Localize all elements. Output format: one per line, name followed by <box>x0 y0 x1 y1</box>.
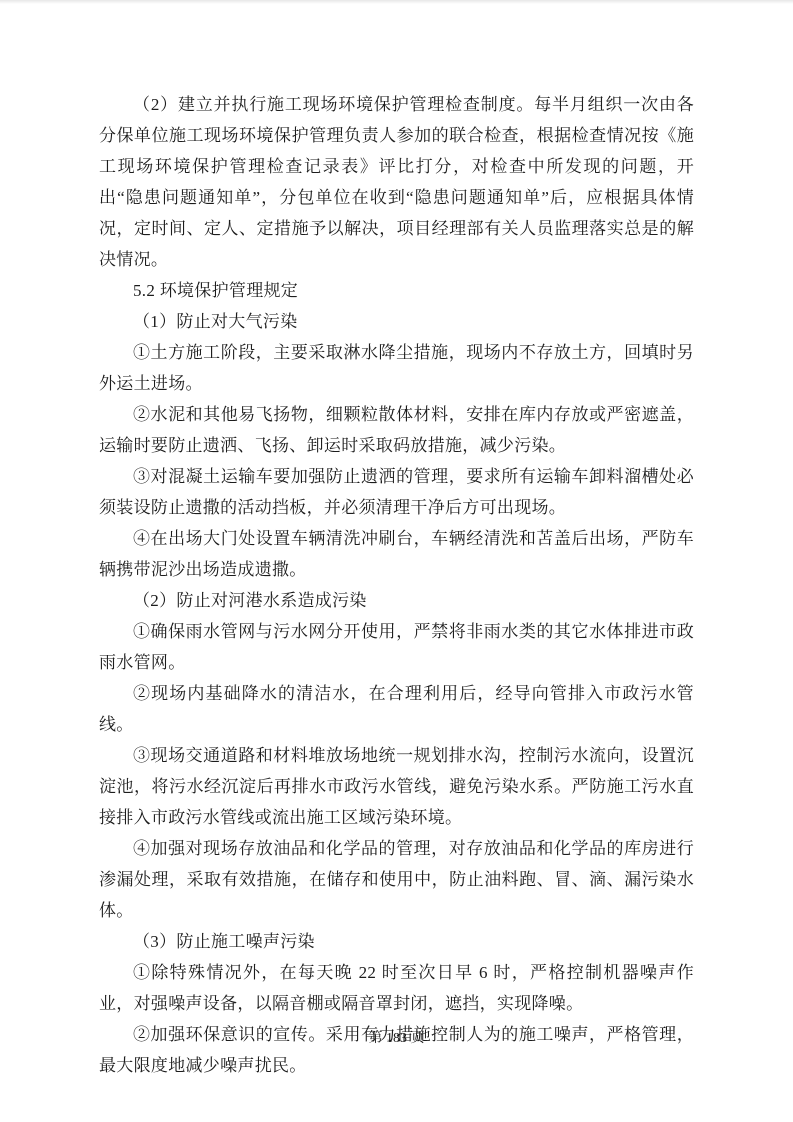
paragraph: ④加强对现场存放油品和化学品的管理，对存放油品和化学品的库房进行渗漏处理，采取有… <box>99 833 694 926</box>
subheading: （2）防止对河港水系造成污染 <box>99 585 694 616</box>
subheading: （1）防止对大气污染 <box>99 306 694 337</box>
paragraph: ①除特殊情况外，在每天晚 22 时至次日早 6 时，严格控制机器噪声作业，对强噪… <box>99 957 694 1019</box>
paragraph: （2）建立并执行施工现场环境保护管理检查制度。每半月组织一次由各分保单位施工现场… <box>99 89 694 275</box>
paragraph: ③对混凝土运输车要加强防止遗洒的管理，要求所有运输车卸料溜槽处必须装设防止遗撒的… <box>99 461 694 523</box>
document-page: （2）建立并执行施工现场环境保护管理检查制度。每半月组织一次由各分保单位施工现场… <box>0 0 793 1122</box>
page-footer: 第 183 页 <box>0 1028 793 1050</box>
paragraph: ①土方施工阶段，主要采取淋水降尘措施，现场内不存放土方，回填时另外运土进场。 <box>99 337 694 399</box>
page-edge-shadow <box>0 0 793 4</box>
subheading: （3）防止施工噪声污染 <box>99 926 694 957</box>
page-number: 第 183 页 <box>369 1031 425 1046</box>
heading: 5.2 环境保护管理规定 <box>99 275 694 306</box>
paragraph: ③现场交通道路和材料堆放场地统一规划排水沟，控制污水流向，设置沉淀池，将污水经沉… <box>99 740 694 833</box>
paragraph: ①确保雨水管网与污水网分开使用，严禁将非雨水类的其它水体排进市政雨水管网。 <box>99 616 694 678</box>
paragraph: ④在出场大门处设置车辆清洗冲刷台，车辆经清洗和苫盖后出场，严防车辆携带泥沙出场造… <box>99 523 694 585</box>
document-body: （2）建立并执行施工现场环境保护管理检查制度。每半月组织一次由各分保单位施工现场… <box>99 89 694 1081</box>
paragraph: ②现场内基础降水的清洁水，在合理利用后，经导向管排入市政污水管线。 <box>99 678 694 740</box>
paragraph: ②水泥和其他易飞扬物，细颗粒散体材料，安排在库内存放或严密遮盖，运输时要防止遗洒… <box>99 399 694 461</box>
